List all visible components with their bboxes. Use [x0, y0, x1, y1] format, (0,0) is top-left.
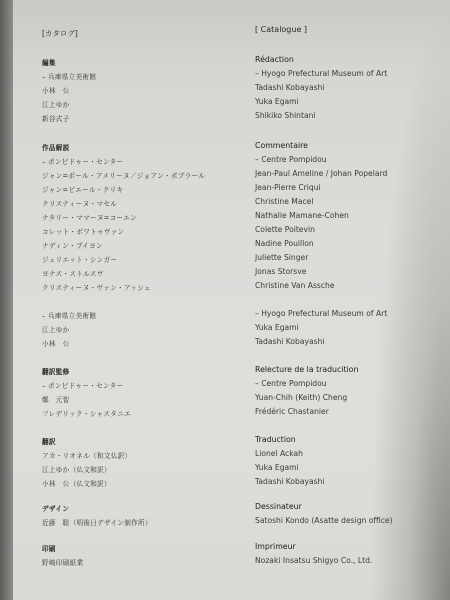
- credit-line: Christine Macel: [255, 197, 313, 206]
- credit-line: Yuka Egami: [255, 97, 299, 106]
- credit-line: 野崎印刷紙業: [42, 557, 83, 567]
- credit-line: – Hyogo Prefectural Museum of Art: [255, 69, 387, 78]
- credit-line: アカ・リオネル（和文仏訳）: [42, 450, 131, 460]
- credit-line: 新谷式子: [42, 113, 70, 123]
- section-title-editing-fr: Rédaction: [255, 55, 294, 64]
- credit-line: Colette Poitevin: [255, 225, 315, 234]
- credit-line: クリスティーヌ・ヴァン・アッシェ: [42, 282, 151, 292]
- credit-line: – 兵庫県立美術館: [42, 310, 96, 320]
- section-title-commentary-fr: Commentaire: [255, 141, 308, 150]
- credit-line: Yuka Egami: [255, 463, 299, 472]
- section-title-commentary-ja: 作品解説: [42, 142, 70, 152]
- credit-line: ジュリエット・シンガー: [42, 254, 117, 264]
- credit-line: 鄭 元智: [42, 394, 70, 404]
- section-title-design-fr: Dessinateur: [255, 502, 302, 511]
- credit-line: – ポンピドゥー・センター: [42, 380, 123, 390]
- section-title-translation-fr: Traduction: [255, 435, 296, 444]
- credit-line: Yuka Egami: [255, 323, 299, 332]
- credit-line: Jean-Paul Ameline / Johan Popelard: [255, 169, 387, 178]
- credit-line: コレット・ポワトゥヴァン: [42, 226, 124, 236]
- credit-line: – Centre Pompidou: [255, 379, 327, 388]
- credit-line: 小林 公（仏文和訳）: [42, 478, 111, 488]
- credit-line: – Centre Pompidou: [255, 155, 327, 164]
- credit-line: Jonas Storsve: [255, 267, 306, 276]
- section-title-printing-ja: 印刷: [42, 543, 56, 553]
- section-title-editing-ja: 編集: [42, 57, 56, 67]
- section-title-translation-review-fr: Relecture de la traducition: [255, 365, 358, 374]
- credit-line: 江上ゆか（仏文和訳）: [42, 464, 111, 474]
- credit-line: Nathalie Mamane-Cohen: [255, 211, 349, 220]
- section-title-design-ja: デザイン: [42, 503, 69, 513]
- section-title-printing-fr: Imprimeur: [255, 542, 296, 551]
- credit-line: Yuan-Chih (Keith) Cheng: [255, 393, 347, 402]
- catalogue-credits-page: [カタログ] 編集 – 兵庫県立美術館 小林 公 江上ゆか 新谷式子 作品解説 …: [13, 0, 450, 600]
- credit-line: 近藤 聡（明後日デザイン制作所）: [42, 517, 152, 527]
- credit-line: Christine Van Assche: [255, 281, 335, 290]
- credit-line: Tadashi Kobayashi: [255, 477, 325, 486]
- book-binding-edge: [0, 0, 13, 600]
- credit-line: 江上ゆか: [42, 99, 70, 109]
- credit-line: Nadine Pouillon: [255, 239, 314, 248]
- credit-line: Tadashi Kobayashi: [255, 337, 325, 346]
- credit-line: Tadashi Kobayashi: [255, 83, 325, 92]
- credit-line: – Hyogo Prefectural Museum of Art: [255, 309, 387, 318]
- credit-line: 江上ゆか: [42, 324, 70, 334]
- credit-line: 小林 公: [42, 338, 70, 348]
- credit-line: ジャン=ポール・アメリーヌ／ジョアン・ポプラール: [42, 170, 205, 180]
- credit-line: Lionel Ackah: [255, 449, 303, 458]
- credit-line: クリスティーヌ・マセル: [42, 198, 117, 208]
- credit-line: ヨナス・ストルスヴ: [42, 268, 104, 278]
- credit-line: ナタリー・ママーヌ=コーエン: [42, 212, 137, 222]
- credit-line: – 兵庫県立美術館: [42, 71, 96, 81]
- credit-line: Jean-Pierre Criqui: [255, 183, 321, 192]
- credit-line: Frédéric Chastanier: [255, 407, 329, 416]
- credit-line: フレデリック・シャスタニエ: [42, 408, 131, 418]
- credit-line: Juliette Singer: [255, 253, 308, 262]
- credit-line: ナディン・プイヨン: [42, 240, 103, 250]
- credit-line: Satoshi Kondo (Asatte design office): [255, 516, 393, 525]
- catalogue-heading-ja: [カタログ]: [42, 28, 78, 39]
- page-shadow: [370, 0, 450, 600]
- credit-line: Nozaki Insatsu Shigyo Co., Ltd.: [255, 556, 372, 565]
- credit-line: – ポンピドゥー・センター: [42, 156, 123, 166]
- catalogue-heading-fr: [ Catalogue ]: [255, 25, 307, 34]
- credit-line: 小林 公: [42, 85, 70, 95]
- section-title-translation-ja: 翻訳: [42, 436, 56, 446]
- section-title-translation-review-ja: 翻訳監修: [42, 366, 70, 376]
- credit-line: Shikiko Shintani: [255, 111, 316, 120]
- credit-line: ジャン=ピエール・クリキ: [42, 184, 123, 194]
